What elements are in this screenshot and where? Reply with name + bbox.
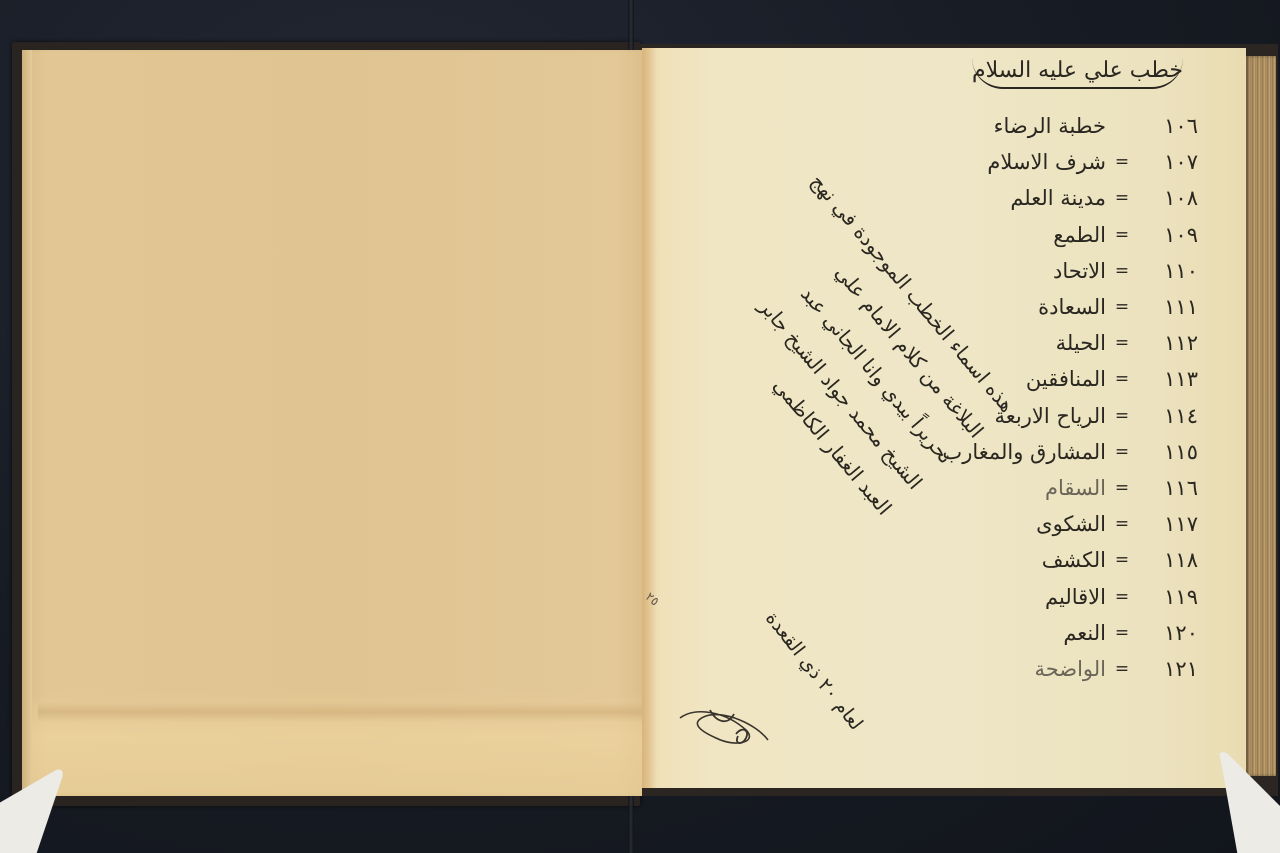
index-row: ١٠٩=الطمع — [938, 217, 1198, 253]
ditto-mark: = — [1110, 297, 1134, 317]
page-block-edges — [1246, 56, 1276, 776]
index-number: ١١٥ — [1134, 440, 1198, 464]
index-row: ١١٥=المشارق والمغارب — [938, 434, 1198, 470]
index-title: الاقاليم — [938, 585, 1110, 609]
index-number: ١١٠ — [1134, 259, 1198, 283]
ditto-mark: = — [1110, 514, 1134, 534]
ditto-mark: = — [1110, 587, 1134, 607]
index-title: الشكوى — [938, 512, 1110, 536]
ditto-mark: = — [1110, 659, 1134, 679]
page-holder-clip-left — [0, 766, 68, 853]
index-number: ١٠٦ — [1134, 114, 1198, 138]
index-title: الطمع — [938, 223, 1110, 247]
index-row: ١٠٨=مدينة العلم — [938, 180, 1198, 216]
index-row: ١٢٠=النعم — [938, 615, 1198, 651]
ditto-mark: = — [1110, 369, 1134, 389]
ditto-mark: = — [1110, 442, 1134, 462]
index-number: ١٢١ — [1134, 657, 1198, 681]
index-title: السقام — [938, 476, 1110, 500]
index-title: السعادة — [938, 295, 1110, 319]
index-title: الكشف — [938, 548, 1110, 572]
ditto-mark: = — [1110, 550, 1134, 570]
index-row: ١١١=السعادة — [938, 289, 1198, 325]
ditto-mark: = — [1110, 225, 1134, 245]
index-row: ١١٧=الشكوى — [938, 506, 1198, 542]
index-number: ١١٧ — [1134, 512, 1198, 536]
ditto-mark: = — [1110, 188, 1134, 208]
index-title: الاتحاد — [938, 259, 1110, 283]
signature-icon — [676, 704, 772, 750]
left-page-blank — [22, 50, 642, 796]
index-number: ١٠٨ — [1134, 186, 1198, 210]
index-number: ١١٣ — [1134, 367, 1198, 391]
ditto-mark: = — [1110, 623, 1134, 643]
index-number: ١١٨ — [1134, 548, 1198, 572]
index-number: ١٢٠ — [1134, 621, 1198, 645]
index-number: ١٠٧ — [1134, 150, 1198, 174]
page-heading: خطب علي عليه السلام — [972, 58, 1183, 89]
index-number: ١١٩ — [1134, 585, 1198, 609]
index-row: ١١٠=الاتحاد — [938, 253, 1198, 289]
index-row: ١١٨=الكشف — [938, 542, 1198, 578]
index-number: ١١١ — [1134, 295, 1198, 319]
index-row: ١٠٧=شرف الاسلام — [938, 144, 1198, 180]
ditto-mark: = — [1110, 333, 1134, 353]
index-title: النعم — [938, 621, 1110, 645]
index-row: ١٢١=الواضحة — [938, 651, 1198, 687]
index-title: مدينة العلم — [938, 186, 1110, 210]
book-photo: خطب علي عليه السلام ١٠٦خطبة الرضاء١٠٧=شر… — [0, 0, 1280, 853]
water-stain — [38, 702, 642, 722]
index-row: ١٠٦خطبة الرضاء — [938, 108, 1198, 144]
index-title: الواضحة — [938, 657, 1110, 681]
page-holder-clip-right — [1214, 752, 1280, 853]
index-row: ١١٩=الاقاليم — [938, 578, 1198, 614]
ditto-mark: = — [1110, 152, 1134, 172]
index-row: ١١٦=السقام — [938, 470, 1198, 506]
index-number: ١١٤ — [1134, 404, 1198, 428]
ditto-mark: = — [1110, 406, 1134, 426]
index-number: ١١٦ — [1134, 476, 1198, 500]
index-title: خطبة الرضاء — [938, 114, 1110, 138]
ditto-mark: = — [1110, 261, 1134, 281]
index-title: شرف الاسلام — [938, 150, 1110, 174]
index-number: ١٠٩ — [1134, 223, 1198, 247]
ditto-mark: = — [1110, 478, 1134, 498]
index-number: ١١٢ — [1134, 331, 1198, 355]
